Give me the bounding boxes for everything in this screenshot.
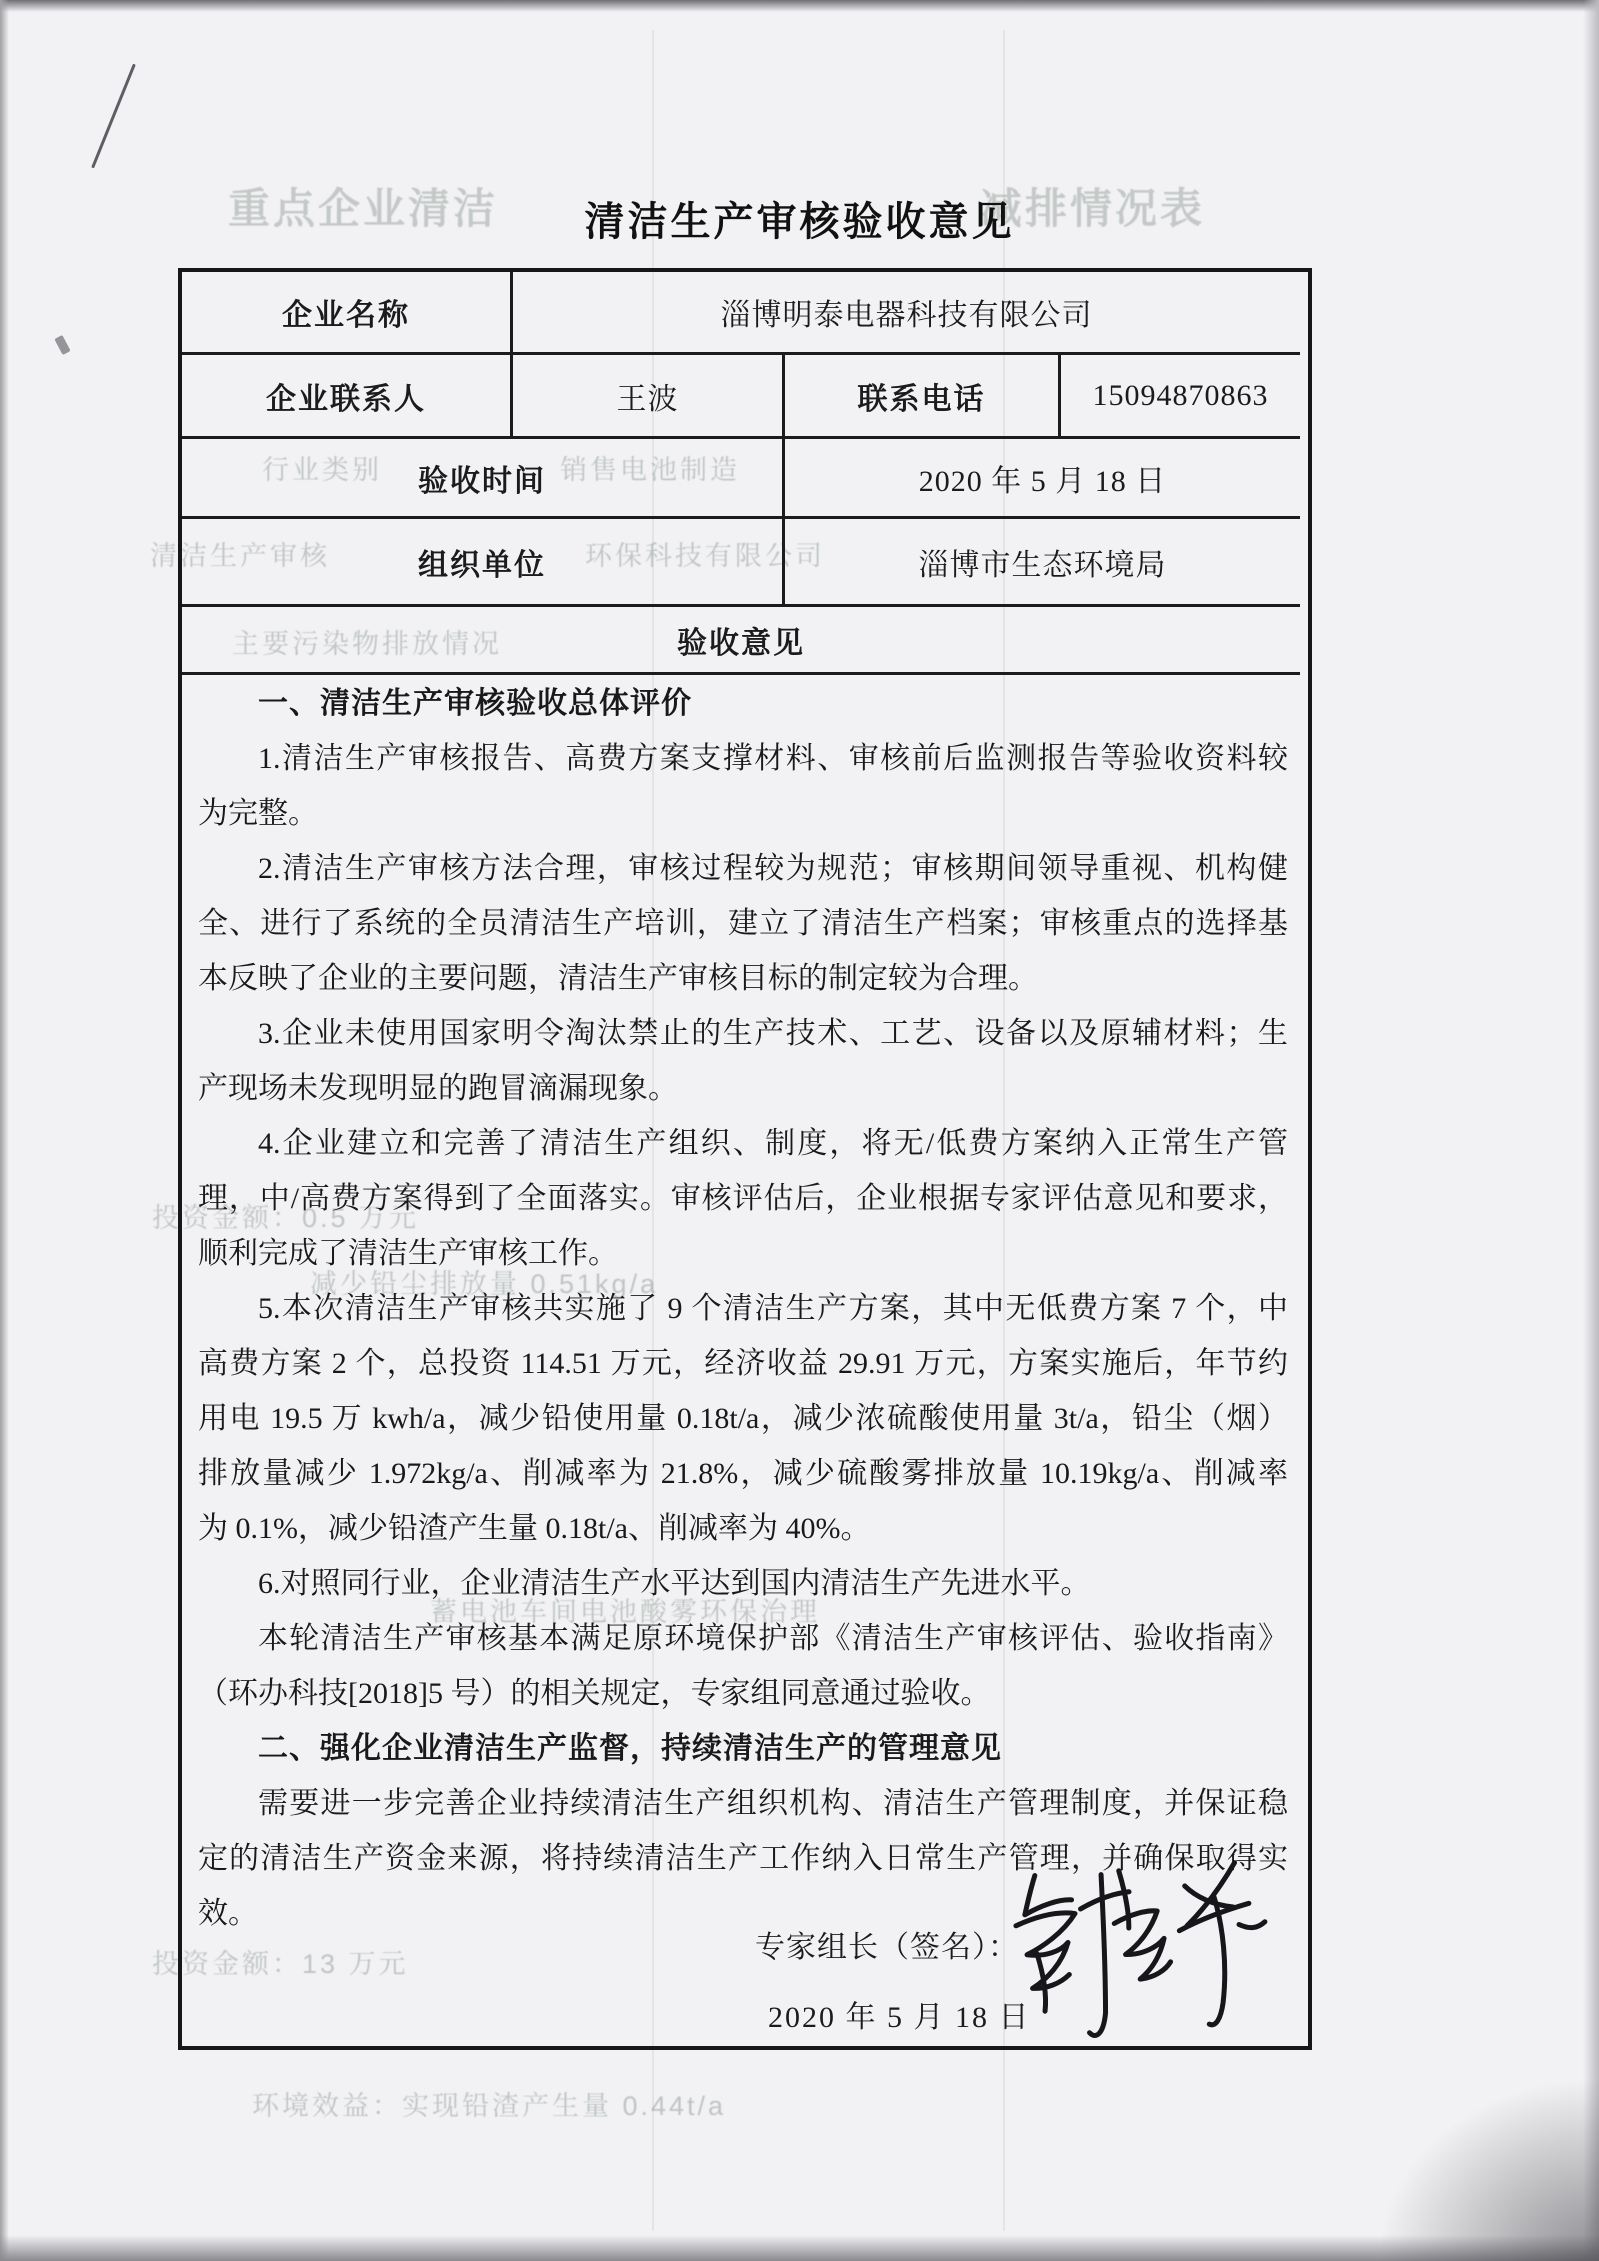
field-organizer-label: 组织单位	[182, 519, 782, 604]
field-company-name-label: 企业名称	[182, 272, 510, 352]
signature-label: 专家组长（签名）：	[755, 1922, 1019, 1966]
opinion-line: 1.清洁生产审核报告、高费方案支撑材料、审核前后监测报告等验收资料较	[198, 731, 1288, 786]
scan-edge-top	[0, 0, 1599, 12]
scan-edge-left	[0, 0, 9, 2261]
field-organizer-value: 淄博市生态环境局	[785, 519, 1300, 604]
opinion-line: 全、进行了系统的全员清洁生产培训，建立了清洁生产档案；审核重点的选择基	[198, 896, 1288, 951]
table-row-divider	[182, 672, 1300, 675]
scan-shadow-corner	[1369, 2071, 1599, 2261]
opinion-line: 一、清洁生产审核验收总体评价	[198, 676, 1288, 731]
scanned-document-page: 重点企业清洁减排情况表行业类别销售电池制造清洁生产审核环保科技有限公司主要污染物…	[0, 0, 1599, 2261]
field-phone-label: 联系电话	[785, 355, 1058, 436]
scan-edge-right	[1583, 0, 1599, 2261]
pen-scratch-mark	[91, 64, 136, 169]
signature-handwriting	[985, 1852, 1275, 2047]
opinion-line: 本反映了企业的主要问题，清洁生产审核目标的制定较为合理。	[198, 951, 1288, 1006]
opinion-body: 一、清洁生产审核验收总体评价1.清洁生产审核报告、高费方案支撑材料、审核前后监测…	[198, 676, 1288, 1941]
opinion-line: 为完整。	[198, 786, 1288, 841]
field-contact-label: 企业联系人	[182, 355, 510, 436]
opinion-line: 产现场未发现明显的跑冒滴漏现象。	[198, 1061, 1288, 1116]
opinion-line: 顺利完成了清洁生产审核工作。	[198, 1226, 1288, 1281]
opinion-line: 理，中/高费方案得到了全面落实。审核评估后，企业根据专家评估意见和要求，	[198, 1171, 1288, 1226]
opinion-line: 用电 19.5 万 kwh/a，减少铅使用量 0.18t/a，减少浓硫酸使用量 …	[198, 1391, 1288, 1446]
opinion-line: 二、强化企业清洁生产监督，持续清洁生产的管理意见	[198, 1721, 1288, 1776]
opinion-line: （环办科技[2018]5 号）的相关规定，专家组同意通过验收。	[198, 1666, 1288, 1721]
edge-smudge-mark	[54, 335, 70, 355]
ghost-text: 环境效益：实现铅渣产生量 0.44t/a	[252, 2084, 726, 2123]
opinion-line: 6.对照同行业，企业清洁生产水平达到国内清洁生产先进水平。	[198, 1556, 1288, 1611]
opinion-line: 3.企业未使用国家明令淘汰禁止的生产技术、工艺、设备以及原辅材料；生	[198, 1006, 1288, 1061]
acceptance-form-table: 企业名称 淄博明泰电器科技有限公司 企业联系人 王波 联系电话 15094870…	[178, 268, 1312, 2050]
field-company-name-value: 淄博明泰电器科技有限公司	[513, 272, 1300, 352]
field-acceptance-time-value: 2020 年 5 月 18 日	[785, 439, 1300, 516]
field-phone-value: 15094870863	[1061, 355, 1300, 436]
document-title: 清洁生产审核验收意见	[0, 190, 1599, 247]
opinion-line: 排放量减少 1.972kg/a、削减率为 21.8%，减少硫酸雾排放量 10.1…	[198, 1446, 1288, 1501]
field-contact-value: 王波	[513, 355, 782, 436]
opinion-section-header: 验收意见	[182, 607, 1300, 672]
opinion-line: 需要进一步完善企业持续清洁生产组织机构、清洁生产管理制度，并保证稳	[198, 1776, 1288, 1831]
opinion-line: 为 0.1%，减少铅渣产生量 0.18t/a、削减率为 40%。	[198, 1501, 1288, 1556]
opinion-line: 4.企业建立和完善了清洁生产组织、制度，将无/低费方案纳入正常生产管	[198, 1116, 1288, 1171]
field-acceptance-time-label: 验收时间	[182, 439, 782, 516]
opinion-line: 5.本次清洁生产审核共实施了 9 个清洁生产方案，其中无低费方案 7 个，中	[198, 1281, 1288, 1336]
opinion-line: 高费方案 2 个，总投资 114.51 万元，经济收益 29.91 万元，方案实…	[198, 1336, 1288, 1391]
scan-edge-bottom	[0, 2235, 1599, 2261]
opinion-line: 2.清洁生产审核方法合理，审核过程较为规范；审核期间领导重视、机构健	[198, 841, 1288, 896]
opinion-line: 本轮清洁生产审核基本满足原环境保护部《清洁生产审核评估、验收指南》	[198, 1611, 1288, 1666]
